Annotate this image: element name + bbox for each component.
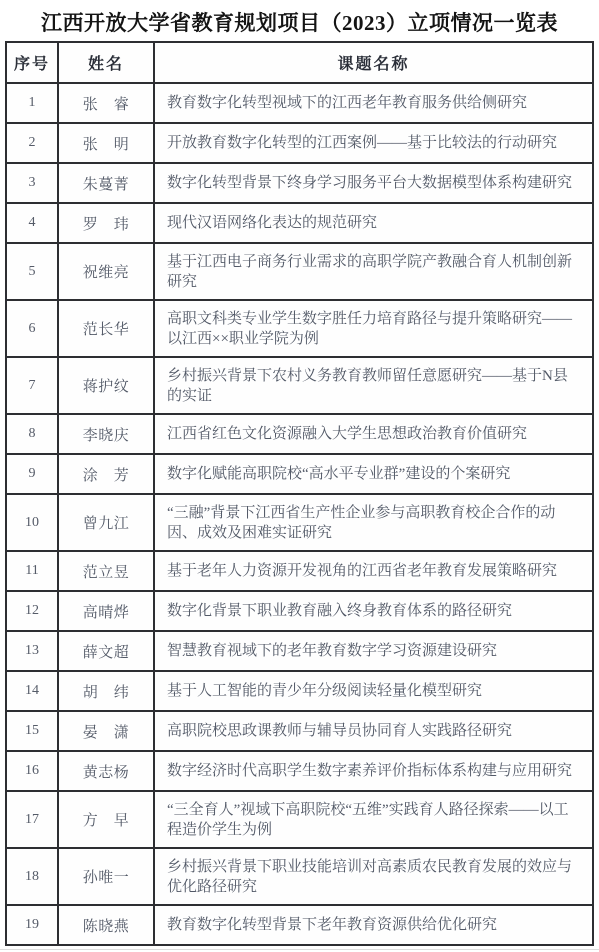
- project-title: 数字化背景下职业教育融入终身教育体系的路径研究: [154, 591, 593, 631]
- row-index: 6: [6, 300, 58, 357]
- page-title: 江西开放大学省教育规划项目（2023）立项情况一览表: [0, 8, 599, 38]
- table-row: 1 张 睿 教育数字化转型视域下的江西老年教育服务供给侧研究: [6, 83, 593, 123]
- project-title: 基于老年人力资源开发视角的江西省老年教育发展策略研究: [154, 551, 593, 591]
- table-row: 12 高晴烨 数字化背景下职业教育融入终身教育体系的路径研究: [6, 591, 593, 631]
- person-name: 范立昱: [58, 551, 154, 591]
- table-body: 1 张 睿 教育数字化转型视域下的江西老年教育服务供给侧研究 2 张 明 开放教…: [6, 83, 593, 945]
- table-row: 7 蒋护纹 乡村振兴背景下农村义务教育教师留任意愿研究——基于N县的实证: [6, 357, 593, 414]
- project-title: 乡村振兴背景下农村义务教育教师留任意愿研究——基于N县的实证: [154, 357, 593, 414]
- row-index: 3: [6, 163, 58, 203]
- header-index: 序号: [6, 42, 58, 83]
- table-row: 11 范立昱 基于老年人力资源开发视角的江西省老年教育发展策略研究: [6, 551, 593, 591]
- table-row: 8 李晓庆 江西省红色文化资源融入大学生思想政治教育价值研究: [6, 414, 593, 454]
- person-name: 祝维亮: [58, 243, 154, 300]
- project-title: 基于江西电子商务行业需求的高职学院产教融合育人机制创新研究: [154, 243, 593, 300]
- row-index: 10: [6, 494, 58, 551]
- table-row: 16 黄志杨 数字经济时代高职学生数字素养评价指标体系构建与应用研究: [6, 751, 593, 791]
- table-row: 3 朱蔓菁 数字化转型背景下终身学习服务平台大数据模型体系构建研究: [6, 163, 593, 203]
- projects-table: 序号 姓名 课题名称 1 张 睿 教育数字化转型视域下的江西老年教育服务供给侧研…: [5, 41, 594, 946]
- row-index: 17: [6, 791, 58, 848]
- table-header: 序号 姓名 课题名称: [6, 42, 593, 83]
- person-name: 朱蔓菁: [58, 163, 154, 203]
- row-index: 19: [6, 905, 58, 945]
- person-name: 陈晓燕: [58, 905, 154, 945]
- row-index: 1: [6, 83, 58, 123]
- table-row: 10 曾九江 “三融”背景下江西省生产性企业参与高职教育校企合作的动因、成效及困…: [6, 494, 593, 551]
- person-name: 涂 芳: [58, 454, 154, 494]
- person-name: 曾九江: [58, 494, 154, 551]
- row-index: 5: [6, 243, 58, 300]
- table-row: 19 陈晓燕 教育数字化转型背景下老年教育资源供给优化研究: [6, 905, 593, 945]
- person-name: 李晓庆: [58, 414, 154, 454]
- table-row: 6 范长华 高职文科类专业学生数字胜任力培育路径与提升策略研究——以江西××职业…: [6, 300, 593, 357]
- person-name: 张 睿: [58, 83, 154, 123]
- header-row: 序号 姓名 课题名称: [6, 42, 593, 83]
- person-name: 方 早: [58, 791, 154, 848]
- table-row: 2 张 明 开放教育数字化转型的江西案例——基于比较法的行动研究: [6, 123, 593, 163]
- project-title: 开放教育数字化转型的江西案例——基于比较法的行动研究: [154, 123, 593, 163]
- project-title: 江西省红色文化资源融入大学生思想政治教育价值研究: [154, 414, 593, 454]
- person-name: 罗 玮: [58, 203, 154, 243]
- person-name: 孙唯一: [58, 848, 154, 905]
- header-name: 姓名: [58, 42, 154, 83]
- project-title: 基于人工智能的青少年分级阅读轻量化模型研究: [154, 671, 593, 711]
- scan-edge-line: [0, 949, 599, 950]
- project-title: “三全育人”视域下高职院校“五维”实践育人路径探索——以工程造价学生为例: [154, 791, 593, 848]
- project-title: 现代汉语网络化表达的规范研究: [154, 203, 593, 243]
- table-row: 17 方 早 “三全育人”视域下高职院校“五维”实践育人路径探索——以工程造价学…: [6, 791, 593, 848]
- person-name: 高晴烨: [58, 591, 154, 631]
- row-index: 7: [6, 357, 58, 414]
- row-index: 18: [6, 848, 58, 905]
- project-title: 教育数字化转型背景下老年教育资源供给优化研究: [154, 905, 593, 945]
- row-index: 12: [6, 591, 58, 631]
- person-name: 胡 纬: [58, 671, 154, 711]
- person-name: 张 明: [58, 123, 154, 163]
- person-name: 黄志杨: [58, 751, 154, 791]
- person-name: 薛文超: [58, 631, 154, 671]
- row-index: 2: [6, 123, 58, 163]
- row-index: 8: [6, 414, 58, 454]
- row-index: 16: [6, 751, 58, 791]
- row-index: 4: [6, 203, 58, 243]
- person-name: 晏 潇: [58, 711, 154, 751]
- project-title: 高职文科类专业学生数字胜任力培育路径与提升策略研究——以江西××职业学院为例: [154, 300, 593, 357]
- table-row: 5 祝维亮 基于江西电子商务行业需求的高职学院产教融合育人机制创新研究: [6, 243, 593, 300]
- table-row: 4 罗 玮 现代汉语网络化表达的规范研究: [6, 203, 593, 243]
- project-title: 智慧教育视域下的老年教育数字学习资源建设研究: [154, 631, 593, 671]
- header-project: 课题名称: [154, 42, 593, 83]
- project-title: 数字化赋能高职院校“高水平专业群”建设的个案研究: [154, 454, 593, 494]
- table-row: 13 薛文超 智慧教育视域下的老年教育数字学习资源建设研究: [6, 631, 593, 671]
- table-row: 14 胡 纬 基于人工智能的青少年分级阅读轻量化模型研究: [6, 671, 593, 711]
- project-title: “三融”背景下江西省生产性企业参与高职教育校企合作的动因、成效及困难实证研究: [154, 494, 593, 551]
- person-name: 蒋护纹: [58, 357, 154, 414]
- table-row: 9 涂 芳 数字化赋能高职院校“高水平专业群”建设的个案研究: [6, 454, 593, 494]
- row-index: 13: [6, 631, 58, 671]
- row-index: 9: [6, 454, 58, 494]
- row-index: 14: [6, 671, 58, 711]
- document-page: 江西开放大学省教育规划项目（2023）立项情况一览表 序号 姓名 课题名称 1 …: [0, 0, 599, 952]
- row-index: 11: [6, 551, 58, 591]
- project-title: 教育数字化转型视域下的江西老年教育服务供给侧研究: [154, 83, 593, 123]
- table-row: 15 晏 潇 高职院校思政课教师与辅导员协同育人实践路径研究: [6, 711, 593, 751]
- table-row: 18 孙唯一 乡村振兴背景下职业技能培训对高素质农民教育发展的效应与优化路径研究: [6, 848, 593, 905]
- project-title: 高职院校思政课教师与辅导员协同育人实践路径研究: [154, 711, 593, 751]
- row-index: 15: [6, 711, 58, 751]
- project-title: 乡村振兴背景下职业技能培训对高素质农民教育发展的效应与优化路径研究: [154, 848, 593, 905]
- project-title: 数字经济时代高职学生数字素养评价指标体系构建与应用研究: [154, 751, 593, 791]
- person-name: 范长华: [58, 300, 154, 357]
- project-title: 数字化转型背景下终身学习服务平台大数据模型体系构建研究: [154, 163, 593, 203]
